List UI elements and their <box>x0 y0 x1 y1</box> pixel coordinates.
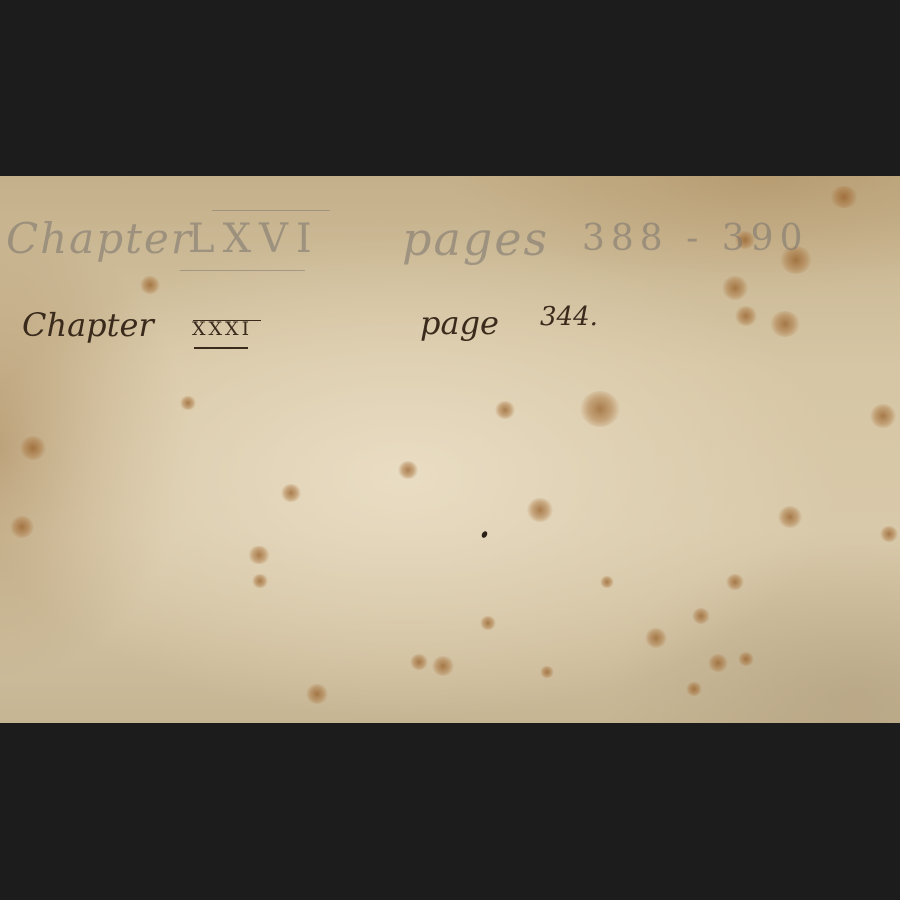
foxing-spot <box>180 396 196 410</box>
foxing-spot <box>870 404 896 428</box>
pencil-overline <box>212 210 330 211</box>
foxing-spot <box>10 516 34 538</box>
ink-underline <box>194 347 248 349</box>
foxing-spot <box>20 436 46 460</box>
foxing-spot <box>735 306 757 326</box>
foxing-spot <box>410 654 428 670</box>
pencil-pages-label: pages <box>402 212 549 266</box>
foxing-spot <box>830 186 858 208</box>
ink-page-label: page <box>420 304 499 342</box>
foxing-spot <box>645 628 667 648</box>
foxing-spot <box>880 526 898 542</box>
foxing-spot <box>692 608 710 624</box>
foxing-spot <box>540 666 554 678</box>
ink-chapter-number: XXXI <box>192 318 252 340</box>
foxing-spot <box>686 682 702 696</box>
foxing-spot <box>432 656 454 676</box>
foxing-spot <box>306 684 328 704</box>
foxing-spot <box>778 506 802 528</box>
foxing-spot <box>738 652 754 666</box>
pencil-pages-range: 388 - 390 <box>582 218 808 259</box>
foxing-spot <box>580 391 620 427</box>
ink-page-number: 344. <box>540 302 598 332</box>
foxing-spot <box>495 401 515 419</box>
foxing-spot <box>722 276 748 300</box>
pencil-chapter-label: Chapter <box>6 214 193 263</box>
foxing-spot <box>527 498 553 522</box>
foxing-spot <box>252 574 268 588</box>
pencil-underline <box>180 270 305 271</box>
ink-chapter-label: Chapter <box>22 306 154 344</box>
foxing-spot <box>708 654 728 672</box>
foxing-spot <box>726 574 744 590</box>
foxing-spot <box>770 311 800 337</box>
foxing-spot <box>480 616 496 630</box>
foxing-spot <box>248 546 270 564</box>
foxing-spot <box>140 276 160 294</box>
ink-speck <box>481 530 489 539</box>
photo-stage: Chapter LXVI pages 388 - 390 Chapter XXX… <box>0 0 900 900</box>
foxing-spot <box>281 484 301 502</box>
pencil-chapter-number: LXVI <box>188 216 320 262</box>
foxing-spot <box>600 576 614 588</box>
foxing-spot <box>398 461 418 479</box>
aged-paper-sheet: Chapter LXVI pages 388 - 390 Chapter XXX… <box>0 176 900 723</box>
ink-overline <box>193 320 261 321</box>
